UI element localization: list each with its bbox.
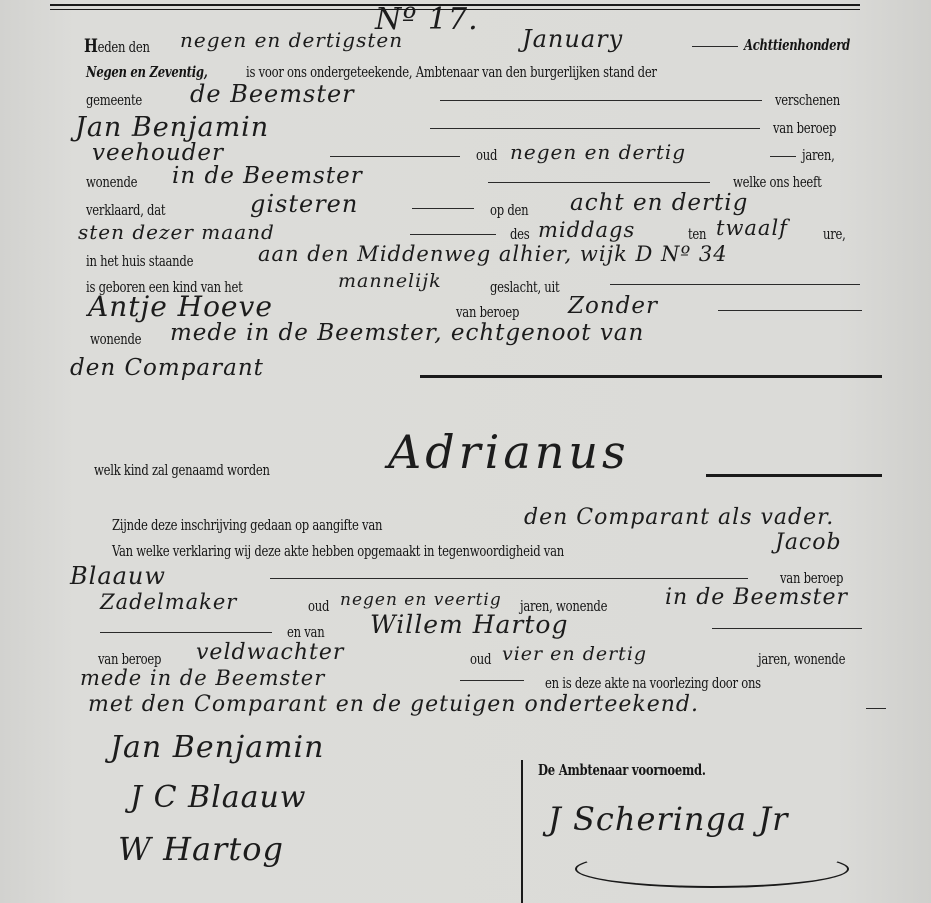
line-1: Heden den (84, 35, 160, 57)
printed-official-intro: is voor ons ondergeteekende, Ambtenaar v… (246, 63, 657, 81)
hw-house-location: aan den Middenweg alhier, wijk D Nº 34 (258, 242, 728, 266)
hw-declarant-age: negen en dertig (510, 140, 686, 164)
fill-line (712, 628, 862, 629)
printed-welk-kind: welk kind zal genaamd worden (94, 461, 270, 479)
fill-line (866, 708, 886, 709)
document-page: Nº 17. Heden den negen en dertigsten Jan… (0, 0, 931, 903)
line-4: van beroep (773, 118, 846, 137)
printed-van-beroep: van beroep (456, 303, 519, 321)
line-20b: oud (470, 649, 495, 668)
fill-line (718, 310, 862, 311)
line-2b: is voor ons ondergeteekende, Ambtenaar v… (246, 62, 724, 81)
hw-sex: mannelijk (338, 270, 442, 292)
line-6: wonende (86, 172, 146, 191)
hw-witness2-residence: mede in de Beemster (80, 666, 325, 690)
line-9: in het huis staande (86, 251, 211, 270)
printed-heden: Heden den (84, 35, 150, 57)
printed-jaren: jaren, (802, 146, 835, 164)
printed-des: des (510, 225, 529, 243)
printed-zijnde: Zijnde deze inschrijving gedaan op aangi… (112, 516, 382, 534)
printed-verklaard-dat: verklaard, dat (86, 201, 165, 219)
printed-oud: oud (470, 650, 491, 668)
hw-witness2-name: Willem Hartog (370, 610, 568, 639)
printed-en-is-deze-akte: en is deze akte na voorlezing door ons (545, 674, 761, 692)
closing-rule (706, 474, 882, 477)
printed-in-het-huis-staande: in het huis staande (86, 252, 193, 270)
line-18: oud (308, 596, 333, 615)
fill-line (770, 156, 796, 157)
hw-birth-day-word: gisteren (250, 190, 358, 218)
line-11: van beroep (456, 302, 529, 321)
line-1-right: Achttienhonderd (744, 35, 867, 54)
hw-witness1-first: Jacob (775, 530, 842, 555)
printed-ten: ten (688, 225, 706, 243)
line-15: Zijnde deze inschrijving gedaan op aangi… (112, 515, 426, 534)
line-8b: ten (688, 224, 709, 243)
line-5: oud (476, 145, 501, 164)
line-3b: verschenen (775, 90, 851, 109)
hw-witness1-residence: in de Beemster (665, 585, 848, 610)
hw-municipality: de Beemster (190, 80, 355, 108)
hw-time-of-day: middags (538, 218, 635, 242)
closing-rule (420, 375, 882, 378)
fill-line (410, 234, 496, 235)
hw-birth-date: acht en dertig (570, 190, 748, 216)
hw-mother-occupation: Zonder (568, 293, 658, 319)
line-7b: op den (490, 200, 535, 219)
fill-line (330, 156, 460, 157)
signature-witness1: J C Blaauw (130, 780, 306, 815)
line-20c: jaren, wonende (758, 649, 859, 668)
official-label-line: De Ambtenaar voornoemd. (538, 760, 733, 779)
hw-informant: den Comparant als vader. (524, 505, 834, 530)
line-5b: jaren, (802, 145, 840, 164)
printed-wonende: wonende (86, 173, 137, 191)
hw-witness2-occupation: veldwachter (196, 640, 344, 665)
hw-mother-name: Antje Hoeve (88, 290, 273, 323)
printed-gemeente: gemeente (86, 91, 142, 109)
hw-witness1-last: Blaauw (70, 562, 166, 590)
line-7: verklaard, dat (86, 200, 178, 219)
printed-van-beroep: van beroep (773, 119, 836, 137)
line-21: en is deze akte na voorlezing door ons (545, 673, 796, 692)
fill-line (610, 284, 860, 285)
hw-declarant-name: Jan Benjamin (75, 112, 269, 143)
hw-closing: met den Comparant en de getuigen onderte… (88, 692, 699, 717)
signature-witness2: W Hartog (118, 830, 284, 868)
printed-verschenen: verschenen (775, 91, 840, 109)
line-2: Negen en Zeventig, (86, 62, 227, 81)
fill-line (430, 128, 760, 129)
signature-flourish (575, 850, 849, 888)
hw-witness2-age: vier en dertig (502, 643, 647, 665)
fill-line (270, 578, 748, 579)
printed-jaren-wonende: jaren, wonende (758, 650, 845, 668)
printed-ambtenaar-voornoemd: De Ambtenaar voornoemd. (538, 761, 706, 779)
fill-line (100, 632, 272, 633)
line-8c: ure, (823, 224, 849, 243)
printed-welke-ons-heeft: welke ons heeft (733, 173, 821, 191)
printed-van-welke-verklaring: Van welke verklaring wij deze akte hebbe… (112, 542, 564, 560)
printed-geslacht-uit: geslacht, uit (490, 278, 559, 296)
fill-line (460, 680, 524, 681)
printed-year-a: Achttienhonderd (744, 36, 850, 54)
hw-birth-date-cont: sten dezer maand (78, 220, 275, 244)
line-3: gemeente (86, 90, 151, 109)
signature-divider (521, 760, 523, 903)
printed-en-van: en van (287, 623, 324, 641)
line-6b: welke ons heeft (733, 172, 836, 191)
signature-official: J Scheringa Jr (548, 800, 788, 838)
fill-line (412, 208, 474, 209)
printed-year-b: Negen en Zeventig, (86, 63, 208, 81)
line-8: des (510, 224, 533, 243)
line-16: Van welke verklaring wij deze akte hebbe… (112, 541, 638, 560)
hw-hour: twaalf (716, 216, 788, 240)
fill-line (692, 46, 738, 47)
fill-line (488, 182, 710, 183)
printed-wonende: wonende (90, 330, 141, 348)
hw-child-name: Adrianus (388, 425, 630, 479)
printed-op-den: op den (490, 201, 528, 219)
hw-declarant-residence: in de Beemster (172, 163, 363, 189)
hw-witness1-occupation: Zadelmaker (100, 590, 237, 614)
line-19: en van (287, 622, 331, 641)
hw-date-month: January (522, 25, 623, 53)
line-14: welk kind zal genaamd worden (94, 460, 298, 479)
printed-oud: oud (476, 146, 497, 164)
hw-mother-residence: mede in de Beemster, echtgenoot van (170, 320, 644, 346)
line-12: wonende (90, 329, 150, 348)
hw-date-day: negen en dertigsten (180, 28, 403, 52)
fill-line (440, 100, 762, 101)
hw-witness1-age: negen en veertig (340, 590, 502, 610)
line-10b: geslacht, uit (490, 277, 571, 296)
signature-declarant: Jan Benjamin (110, 730, 324, 765)
printed-oud: oud (308, 597, 329, 615)
printed-ure: ure, (823, 225, 846, 243)
hw-mother-residence-cont: den Comparant (70, 355, 264, 381)
